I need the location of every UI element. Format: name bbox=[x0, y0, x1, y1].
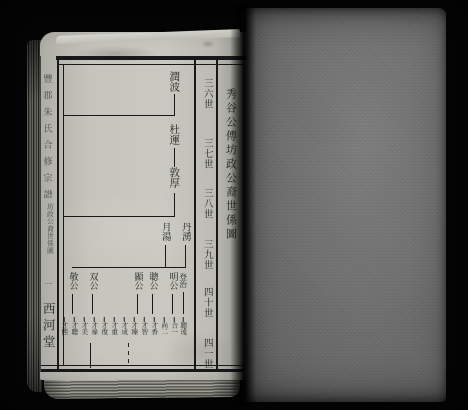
generation-label-39: 三九世 bbox=[202, 239, 212, 271]
ancestor-name-gen37: 杜運 bbox=[169, 124, 180, 145]
ancestor-name-gen40: 敬公 bbox=[68, 272, 77, 290]
descendant-name-gen41: 才臻 bbox=[131, 322, 138, 335]
sibling-branch-line bbox=[63, 216, 175, 217]
ancestor-name-gen40: 聰公 bbox=[148, 272, 157, 290]
ancestor-name-gen40: 顯公 bbox=[133, 272, 142, 290]
ancestor-name-gen38: 敦厚 bbox=[169, 167, 180, 188]
photo-scene: 秀谷公傳坊政公裔世係圖 三六世 三七世 三八世 三九世 四十世 四一世 潤波 杜… bbox=[0, 0, 468, 410]
descendant-name-gen41: 才重 bbox=[111, 322, 118, 335]
frame-bottom-thin-rule bbox=[40, 365, 244, 366]
continuation-line bbox=[90, 343, 91, 368]
sibling-branch-line bbox=[72, 267, 186, 268]
descent-line bbox=[137, 294, 138, 314]
descent-line bbox=[72, 294, 73, 314]
descent-line bbox=[165, 245, 166, 268]
spine-section-title: 坊政公裔世係圖 bbox=[46, 203, 53, 254]
generation-label-36: 三六世 bbox=[202, 78, 212, 110]
generation-column-divider bbox=[194, 56, 196, 372]
book-gutter-shadow bbox=[230, 4, 256, 406]
descendant-name-gen41: 才復 bbox=[101, 322, 108, 335]
continuation-line-dashed bbox=[128, 343, 129, 365]
descendant-name-gen41: 才香 bbox=[151, 322, 158, 335]
descent-line bbox=[92, 294, 93, 314]
descent-line bbox=[174, 148, 175, 167]
title-column-divider bbox=[216, 56, 218, 372]
ancestor-name-gen39: 丹湧 bbox=[180, 222, 190, 241]
sibling-branch-line bbox=[64, 115, 174, 116]
generation-label-38: 三八世 bbox=[202, 188, 212, 220]
spine-column-right-rule bbox=[57, 56, 59, 372]
ancestor-name-gen40: 明公 bbox=[168, 272, 177, 290]
descendant-name-gen41: 才祿 bbox=[91, 322, 98, 335]
ancestor-name-gen40: 登治 bbox=[179, 273, 187, 288]
descendant-name-gen41: 合一 bbox=[171, 322, 178, 335]
spine-page-number: 一 bbox=[44, 280, 52, 288]
descent-line bbox=[152, 294, 153, 314]
descent-line bbox=[183, 292, 184, 314]
descendant-name-gen41: 才智 bbox=[141, 322, 148, 335]
descendant-name-gen41: 才美 bbox=[81, 322, 88, 335]
ancestor-name-gen36: 潤波 bbox=[169, 71, 180, 92]
descent-line bbox=[172, 294, 173, 314]
ancestor-name-gen39: 月湯 bbox=[160, 222, 170, 241]
ancestor-name-gen40: 双公 bbox=[88, 272, 97, 290]
descendant-name-gen41: 聰遠 bbox=[180, 322, 187, 335]
descendant-name-gen41: 尚二 bbox=[161, 322, 168, 335]
generation-label-41: 四一世 bbox=[202, 338, 212, 370]
descendant-name-gen41: 才熙 bbox=[61, 322, 68, 335]
frame-bottom-thick-rule bbox=[40, 369, 244, 372]
spine-book-title: 豐郡朱氏合修宗譜 bbox=[42, 74, 51, 206]
descent-line bbox=[174, 94, 175, 116]
descendant-name-gen41: 才聰 bbox=[71, 322, 78, 335]
descent-line bbox=[174, 193, 175, 217]
generation-label-37: 三七世 bbox=[202, 138, 212, 170]
descent-line bbox=[185, 245, 186, 268]
descendant-name-gen41: 才成 bbox=[121, 322, 128, 335]
generation-label-40: 四十世 bbox=[202, 287, 212, 319]
spine-hall-name: 西河堂 bbox=[42, 302, 55, 352]
